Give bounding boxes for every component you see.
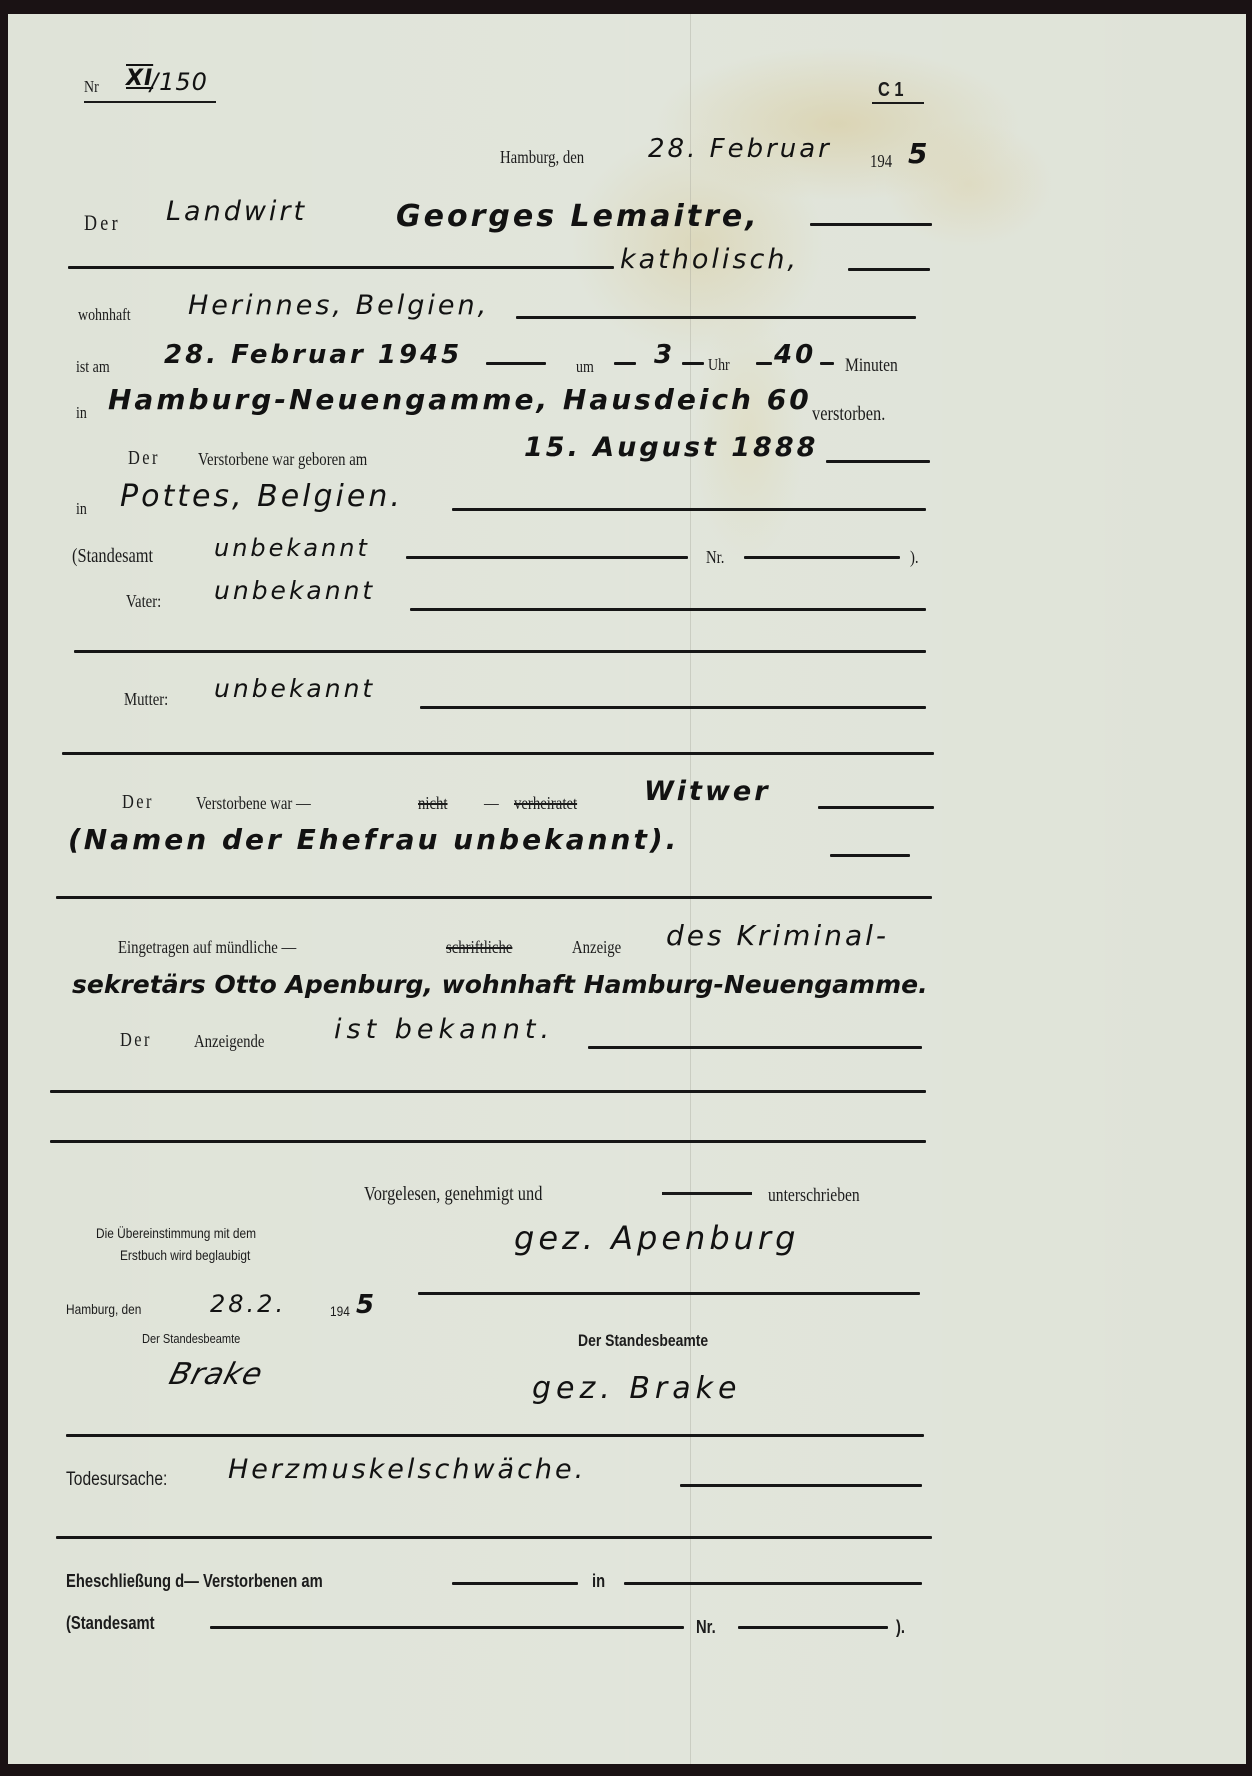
blank-line (662, 1192, 752, 1195)
standesamt-close: ). (910, 548, 919, 566)
occupation: Landwirt (166, 198, 307, 225)
status-value: Witwer (644, 778, 771, 805)
religion: katholisch, (620, 246, 799, 273)
residence: Herinnes, Belgien, (188, 292, 489, 319)
certify-place: Hamburg, den (66, 1302, 141, 1316)
place-label: Hamburg, den (500, 148, 584, 166)
blank-line (744, 556, 900, 559)
death-minutes: 40 (774, 342, 816, 368)
certify-year-print: 194 (330, 1304, 350, 1318)
blank-line (680, 1484, 922, 1487)
blank-line (66, 1434, 924, 1437)
birth-place: Pottes, Belgien. (120, 482, 403, 512)
certify-line-2: Erstbuch wird beglaubigt (120, 1248, 250, 1262)
blank-line (830, 854, 910, 857)
blank-line (452, 1582, 578, 1585)
blank-line (516, 316, 916, 319)
blank-line (682, 362, 704, 365)
blank-line (486, 362, 546, 365)
report-hand-2: sekretärs Otto Apenburg, wohnhaft Hambur… (72, 972, 928, 997)
footer-standesamt-label: (Standesamt (66, 1614, 155, 1632)
reporter-label: Anzeigende (194, 1032, 264, 1050)
blank-line (810, 223, 932, 226)
certify-signature: Brake (166, 1360, 266, 1390)
blank-line (406, 556, 688, 559)
blank-line (62, 752, 934, 755)
cause-label: Todesursache: (66, 1470, 167, 1489)
blank-line (818, 806, 934, 809)
verstorben-label: verstorben. (812, 404, 885, 424)
blank-line (410, 608, 926, 611)
der-prefix: Der (128, 448, 160, 468)
blank-line (820, 362, 834, 365)
nr-label: Nr (84, 78, 99, 95)
report-hand-1: des Kriminal- (666, 922, 889, 950)
form-code: C 1 (878, 80, 904, 100)
blank-line (56, 896, 932, 899)
residence-label: wohnhaft (78, 306, 131, 323)
report-label: Eingetragen auf mündliche — (118, 938, 296, 956)
spouse-note: (Namen der Ehefrau unbekannt). (68, 826, 679, 854)
certify-line-1: Die Übereinstimmung mit dem (96, 1226, 256, 1240)
form-code-underline (872, 102, 924, 104)
blank-line (210, 1626, 684, 1629)
der-prefix: Der (120, 1030, 152, 1050)
cause-value: Herzmuskelschwäche. (228, 1456, 586, 1483)
vater-value: unbekannt (214, 578, 375, 603)
death-hour: 3 (654, 342, 675, 368)
official-label: Der Standesbeamte (578, 1332, 708, 1349)
header-year-print: 194 (870, 152, 892, 170)
died-on-label: ist am (76, 358, 110, 375)
vater-label: Vater: (126, 592, 161, 610)
blank-line (50, 1090, 926, 1093)
nr-underline (84, 101, 216, 103)
uhr-label: Uhr (708, 356, 730, 373)
blank-line (624, 1582, 922, 1585)
status-label: Verstorbene war — (196, 794, 311, 812)
report-struck: schriftliche (446, 938, 512, 956)
blank-line (74, 650, 926, 653)
der-prefix: Der (122, 792, 154, 812)
blank-line (420, 706, 926, 709)
death-date: 28. Februar 1945 (164, 342, 462, 368)
blank-line (738, 1626, 888, 1629)
blank-line (68, 266, 614, 269)
header-date: 28. Februar (648, 136, 832, 162)
death-place: Hamburg-Neuengamme, Hausdeich 60 (108, 386, 812, 414)
blank-line (50, 1140, 926, 1143)
blank-line (56, 1536, 932, 1539)
header-year-hand: 5 (908, 140, 927, 168)
read-signed-label: unterschrieben (768, 1186, 860, 1205)
status-verheiratet-struck: verheiratet (514, 794, 577, 812)
reporter-value: ist bekannt. (334, 1016, 554, 1043)
place-in-label: in (76, 404, 87, 421)
read-label: Vorgelesen, genehmigt und (364, 1184, 542, 1204)
footer-standesamt-close: ). (896, 1618, 905, 1636)
nr-number: /150 (150, 70, 208, 94)
standesamt-value: unbekannt (214, 536, 370, 560)
paper-fold (690, 14, 691, 1764)
standesamt-nr-label: Nr. (706, 548, 724, 566)
der-prefix: Der (84, 212, 121, 234)
mutter-label: Mutter: (124, 690, 168, 708)
footer-standesamt-nr: Nr. (696, 1618, 716, 1636)
blank-line (452, 508, 926, 511)
certify-official-label: Der Standesbeamte (142, 1332, 240, 1345)
marriage-label: Eheschließung d— Verstorbenen am (66, 1572, 323, 1590)
minuten-label: Minuten (845, 356, 898, 375)
status-nicht-struck: nicht (418, 794, 448, 812)
standesamt-label: (Standesamt (72, 546, 153, 566)
marriage-in-label: in (592, 1572, 605, 1590)
certify-year-hand: 5 (356, 1292, 374, 1318)
blank-line (614, 362, 636, 365)
birth-date: 15. August 1888 (524, 434, 818, 461)
birth-in-label: in (76, 500, 87, 517)
official-signature: gez. Brake (532, 1374, 741, 1404)
witness-signature: gez. Apenburg (514, 1222, 799, 1254)
report-anzeige: Anzeige (572, 938, 621, 956)
um-label: um (576, 358, 594, 375)
blank-line (826, 460, 930, 463)
status-dash: — (484, 794, 499, 812)
deceased-name: Georges Lemaitre, (396, 202, 760, 232)
certify-date: 28.2. (210, 1292, 286, 1316)
blank-line (756, 362, 772, 365)
mutter-value: unbekannt (214, 676, 375, 701)
blank-line (588, 1046, 922, 1049)
signature-line (418, 1292, 920, 1295)
document-page (8, 14, 1246, 1764)
birth-label: Verstorbene war geboren am (198, 450, 367, 468)
blank-line (848, 268, 930, 271)
